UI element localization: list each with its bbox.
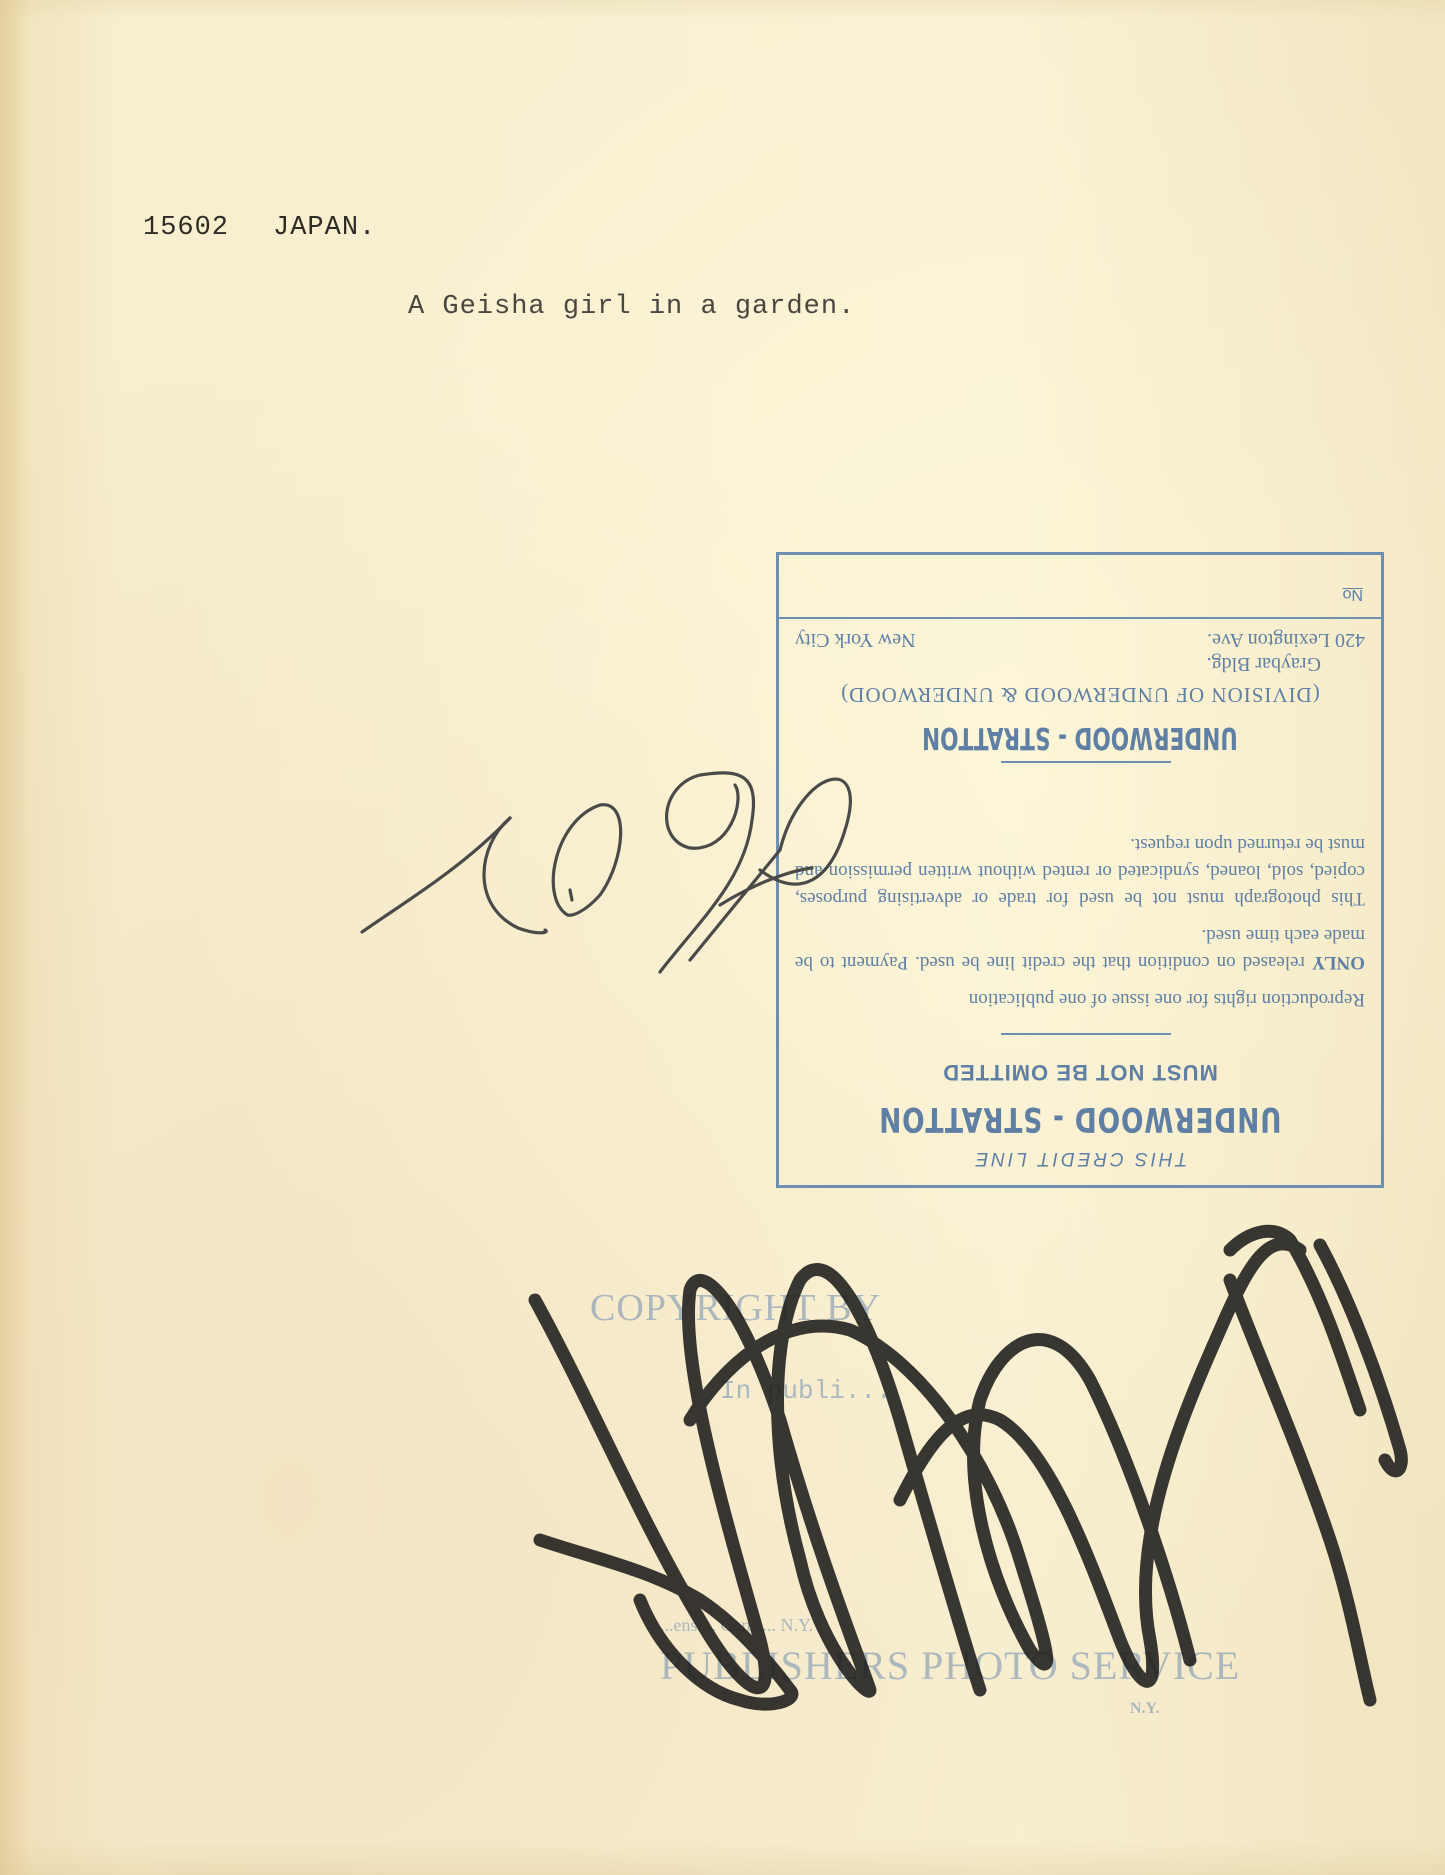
copyright-agency: PUBLISHERS PHOTO SERVICE <box>660 1642 1240 1689</box>
copyright-city: N.Y. <box>1130 1700 1160 1718</box>
stamp-address: 420 Lexington Ave. <box>1207 628 1365 651</box>
caption-description: A Geisha girl in a garden. <box>408 292 855 322</box>
stamp-brand-repeat: UNDERWOOD - STRATTON <box>863 720 1296 755</box>
copyright-subline: In publi... <box>720 1376 892 1406</box>
stamp-terms-line: Reproduction rights for one issue of one… <box>795 986 1365 1013</box>
caption-number: 15602 <box>143 213 229 243</box>
stamp-division: (DIVISION OF UNDERWOOD & UNDERWOOD) <box>779 682 1381 707</box>
caption-country: JAPAN. <box>273 213 376 243</box>
stamp-brand: UNDERWOOD - STRATTON <box>845 1099 1315 1139</box>
stamp-city: New York City <box>795 628 916 651</box>
caption-heading: 15602JAPAN. <box>143 213 376 243</box>
stamp-credit-header: THIS CREDIT LINE <box>779 1147 1381 1169</box>
stamp-must-not-omit: MUST NOT BE OMITTED <box>779 1059 1381 1085</box>
stamp-number-label: No <box>1343 576 1363 603</box>
stamp-divider <box>779 617 1381 619</box>
stamp-terms-only: ONLY <box>1312 952 1365 973</box>
stamp-divider <box>1001 1033 1171 1035</box>
copyright-address: ...ensi... Consi... N.Y. <box>660 1615 813 1636</box>
stamp-divider <box>1001 761 1171 763</box>
stamp-terms-release: released on condition that the credit li… <box>795 925 1365 973</box>
stamp-building: Graybar Bldg. <box>1207 652 1321 675</box>
stamp-terms-line: ONLY released on condition that the cred… <box>795 922 1365 976</box>
underwood-stratton-stamp: THIS CREDIT LINE UNDERWOOD - STRATTON MU… <box>776 552 1384 1188</box>
stamp-terms: Reproduction rights for one issue of one… <box>795 821 1365 1013</box>
copyright-line: COPYRIGHT BY <box>590 1286 881 1330</box>
crossed-out-copyright-stamp: COPYRIGHT BY In publi... ...ensi... Cons… <box>560 1270 1440 1750</box>
stamp-terms-line: This photograph must not be used for tra… <box>795 831 1365 912</box>
